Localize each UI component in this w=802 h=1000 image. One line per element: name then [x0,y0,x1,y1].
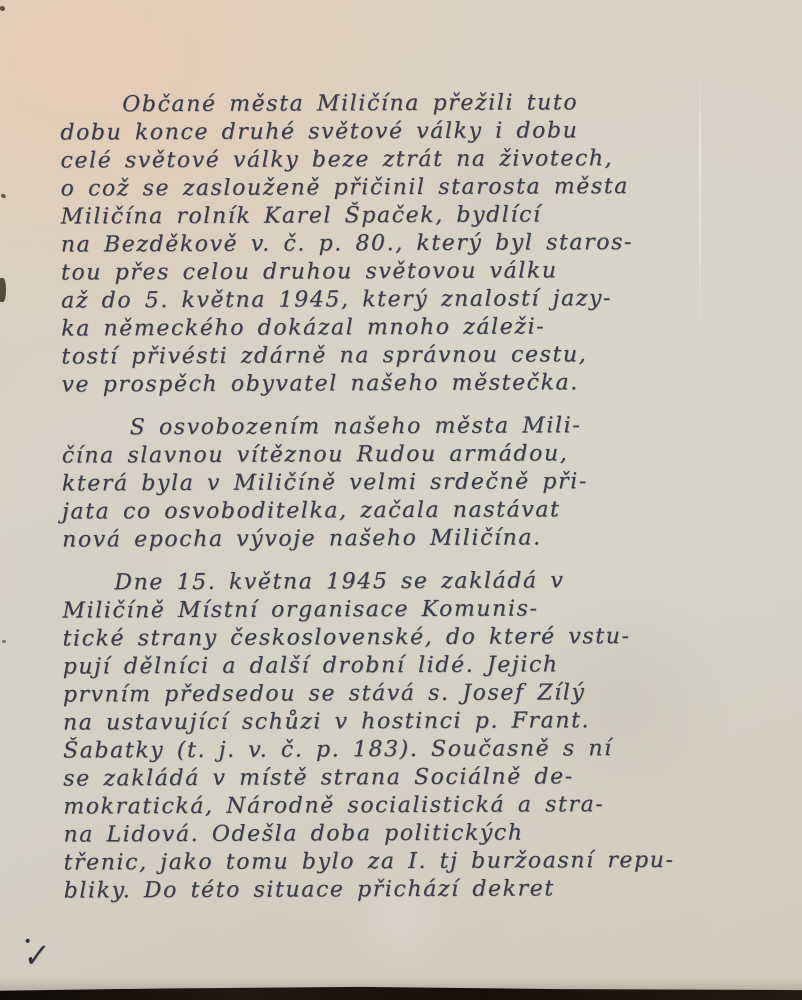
handwritten-line: na ustavující schůzi v hostinci p. Frant… [63,706,755,737]
handwritten-line: bliky. Do této situace přichází dekret [64,874,756,905]
handwritten-line: Miličíně Místní organisace Komunis- [62,594,754,625]
paragraph-3: Dne 15. května 1945 se zakládá v Miličín… [62,566,755,905]
edge-speck [0,6,5,11]
handwritten-line: až do 5. května 1945, který znalostí jaz… [61,284,753,315]
edge-speck [0,278,6,302]
paragraph-2: S osvobozením našeho města Mili- čína sl… [62,411,755,554]
handwritten-line: S osvobozením našeho města Mili- [62,411,754,442]
handwritten-line: celé světové války beze ztrát na životec… [60,144,752,175]
handwritten-line: čína slavnou vítěznou Rudou armádou, [62,439,754,470]
handwritten-line: Miličína rolník Karel Špaček, bydlící [61,200,753,231]
handwritten-line: ve prospěch obyvatel našeho městečka. [61,368,753,399]
handwritten-line: třenic, jako tomu bylo za I. tj buržoasn… [64,846,756,877]
handwritten-line: mokratická, Národně socialistická a stra… [63,790,755,821]
handwritten-line: která byla v Miličíně velmi srdečně při- [62,467,754,498]
handwritten-line: se zakládá v místě strana Sociálně de- [63,762,755,793]
handwritten-line: na Lidová. Odešla doba politických [63,818,755,849]
handwritten-text: Občané města Miličína přežili tuto dobu … [60,88,756,920]
handwritten-line: tostí přivésti zdárně na správnou cestu, [61,340,753,371]
handwritten-line: prvním předsedou se stává s. Josef Zílý [63,678,755,709]
handwritten-line: nová epocha vývoje našeho Miličína. [62,523,754,554]
handwritten-line: Šabatky (t. j. v. č. p. 183). Současně s… [63,734,755,765]
handwritten-line: tou přes celou druhou světovou válku [61,256,753,287]
handwritten-line: tické strany československé, do které vs… [63,622,755,653]
edge-speck [2,640,6,643]
handwritten-line: jata co osvoboditelka, začala nastávat [62,495,754,526]
check-mark-icon: ✓ [20,937,50,975]
handwritten-line: o což se zaslouženě přičinil starosta mě… [61,172,753,203]
handwritten-line: ka německého dokázal mnoho záleži- [61,312,753,343]
check-annotation: ✓ [20,940,49,973]
handwritten-line: Dne 15. května 1945 se zakládá v [62,566,754,597]
handwritten-line: na Bezděkově v. č. p. 80., který byl sta… [61,228,753,259]
handwritten-line: dobu konce druhé světové války i dobu [60,116,752,147]
handwritten-line: pují dělníci a další drobní lidé. Jejich [63,650,755,681]
chronicle-page-photo: Občané města Miličína přežili tuto dobu … [0,0,802,1000]
handwritten-line: Občané města Miličína přežili tuto [60,88,752,119]
paragraph-1: Občané města Miličína přežili tuto dobu … [60,88,753,399]
